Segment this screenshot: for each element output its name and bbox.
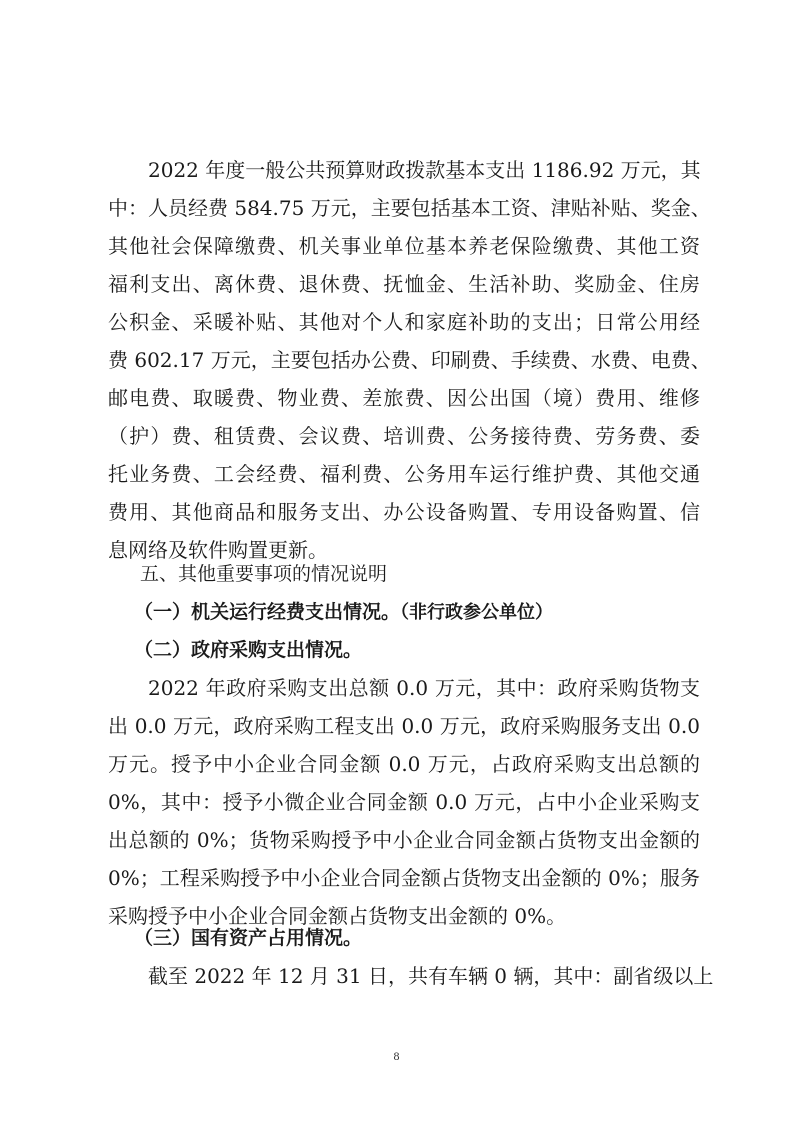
paragraph-line: 公积金、采暖补贴、其他对个人和家庭补助的支出；日常公用经 [108, 307, 700, 337]
paragraph-line: 出 0.0 万元，政府采购工程支出 0.0 万元，政府采购服务支出 0.0 [108, 711, 700, 741]
page-number: 8 [0, 1049, 793, 1064]
paragraph-line: 出总额的 0%；货物采购授予中小企业合同金额占货物支出金额的 [108, 825, 700, 855]
paragraph-line: 其他社会保障缴费、机关事业单位基本养老保险缴费、其他工资 [108, 231, 700, 261]
paragraph-line: 福利支出、离休费、退休费、抚恤金、生活补助、奖励金、住房 [108, 269, 700, 299]
subsection-heading-1: （一）机关运行经费支出情况。（非行政参公单位） [134, 597, 700, 627]
paragraph-line: 0%；工程采购授予中小企业合同金额占货物支出金额的 0%；服务 [108, 863, 700, 893]
subsection-heading-2: （二）政府采购支出情况。 [134, 635, 700, 665]
paragraph-line: （护）费、租赁费、会议费、培训费、公务接待费、劳务费、委 [108, 421, 700, 451]
section-heading: 五、其他重要事项的情况说明 [140, 559, 700, 589]
paragraph-line: 邮电费、取暖费、物业费、差旅费、因公出国（境）费用、维修 [108, 383, 700, 413]
paragraph-line: 2022 年政府采购支出总额 0.0 万元，其中：政府采购货物支 [148, 673, 700, 703]
paragraph-line: 费 602.17 万元，主要包括办公费、印刷费、手续费、水费、电费、 [108, 345, 700, 375]
paragraph-line: 万元。授予中小企业合同金额 0.0 万元，占政府采购支出总额的 [108, 749, 700, 779]
paragraph-line: 费用、其他商品和服务支出、办公设备购置、专用设备购置、信 [108, 497, 700, 527]
document-page: 2022 年度一般公共预算财政拨款基本支出 1186.92 万元，其 中：人员经… [0, 0, 793, 1122]
paragraph-line: 截至 2022 年 12 月 31 日，共有车辆 0 辆，其中：副省级以上 [148, 961, 700, 991]
paragraph-line: 中：人员经费 584.75 万元，主要包括基本工资、津贴补贴、奖金、 [108, 193, 700, 223]
subsection-title: （一）机关运行经费支出情况。 [134, 601, 400, 623]
paragraph-line: 托业务费、工会经费、福利费、公务用车运行维护费、其他交通 [108, 459, 700, 489]
paragraph-line: 0%，其中：授予小微企业合同金额 0.0 万元，占中小企业采购支 [108, 787, 700, 817]
paragraph-line: 2022 年度一般公共预算财政拨款基本支出 1186.92 万元，其 [148, 155, 700, 185]
subsection-heading-3: （三）国有资产占用情况。 [134, 923, 700, 953]
subsection-note: （非行政参公单位） [400, 602, 553, 623]
